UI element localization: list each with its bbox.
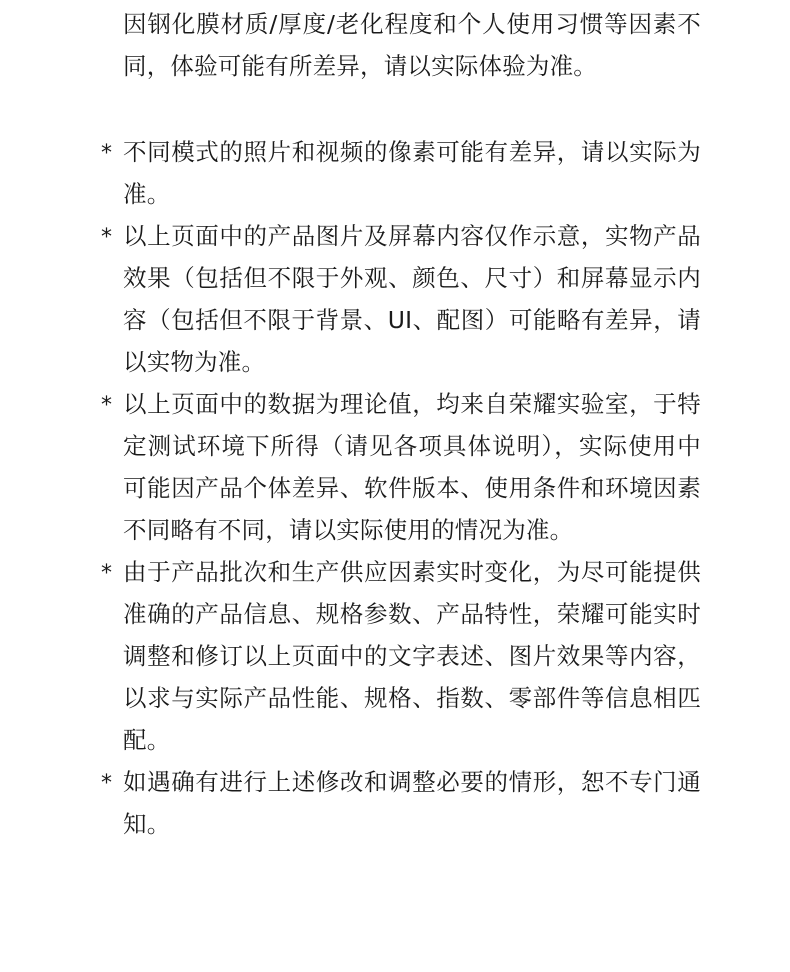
disclaimer-note-text: 如遇确有进行上述修改和调整必要的情形，恕不专门通知。 [123, 768, 701, 838]
disclaimer-note-text: 不同模式的照片和视频的像素可能有差异，请以实际为准。 [123, 138, 701, 208]
asterisk-bullet-icon: * [101, 763, 112, 805]
disclaimer-note-text: 以上页面中的产品图片及屏幕内容仅作示意，实物产品效果（包括但不限于外观、颜色、尺… [123, 222, 701, 376]
disclaimer-notes-list: * 不同模式的照片和视频的像素可能有差异，请以实际为准。 * 以上页面中的产品图… [0, 131, 790, 845]
disclaimer-note: * 不同模式的照片和视频的像素可能有差异，请以实际为准。 [0, 131, 701, 215]
disclaimer-note-text: 以上页面中的数据为理论值，均来自荣耀实验室，于特定测试环境下所得（请见各项具体说… [123, 390, 701, 544]
disclaimer-note: * 如遇确有进行上述修改和调整必要的情形，恕不专门通知。 [0, 761, 701, 845]
disclaimer-note-text: 由于产品批次和生产供应因素实时变化，为尽可能提供准确的产品信息、规格参数、产品特… [123, 558, 701, 754]
asterisk-bullet-icon: * [101, 385, 112, 427]
asterisk-bullet-icon: * [101, 133, 112, 175]
disclaimer-note: * 由于产品批次和生产供应因素实时变化，为尽可能提供准确的产品信息、规格参数、产… [0, 551, 701, 761]
continuation-paragraph: 因钢化膜材质/厚度/老化程度和个人使用习惯等因素不同，体验可能有所差异，请以实际… [123, 3, 701, 87]
asterisk-bullet-icon: * [101, 217, 112, 259]
asterisk-bullet-icon: * [101, 553, 112, 595]
disclaimer-note: * 以上页面中的数据为理论值，均来自荣耀实验室，于特定测试环境下所得（请见各项具… [0, 383, 701, 551]
disclaimer-note: * 以上页面中的产品图片及屏幕内容仅作示意，实物产品效果（包括但不限于外观、颜色… [0, 215, 701, 383]
disclaimer-page: 因钢化膜材质/厚度/老化程度和个人使用习惯等因素不同，体验可能有所差异，请以实际… [0, 0, 790, 972]
